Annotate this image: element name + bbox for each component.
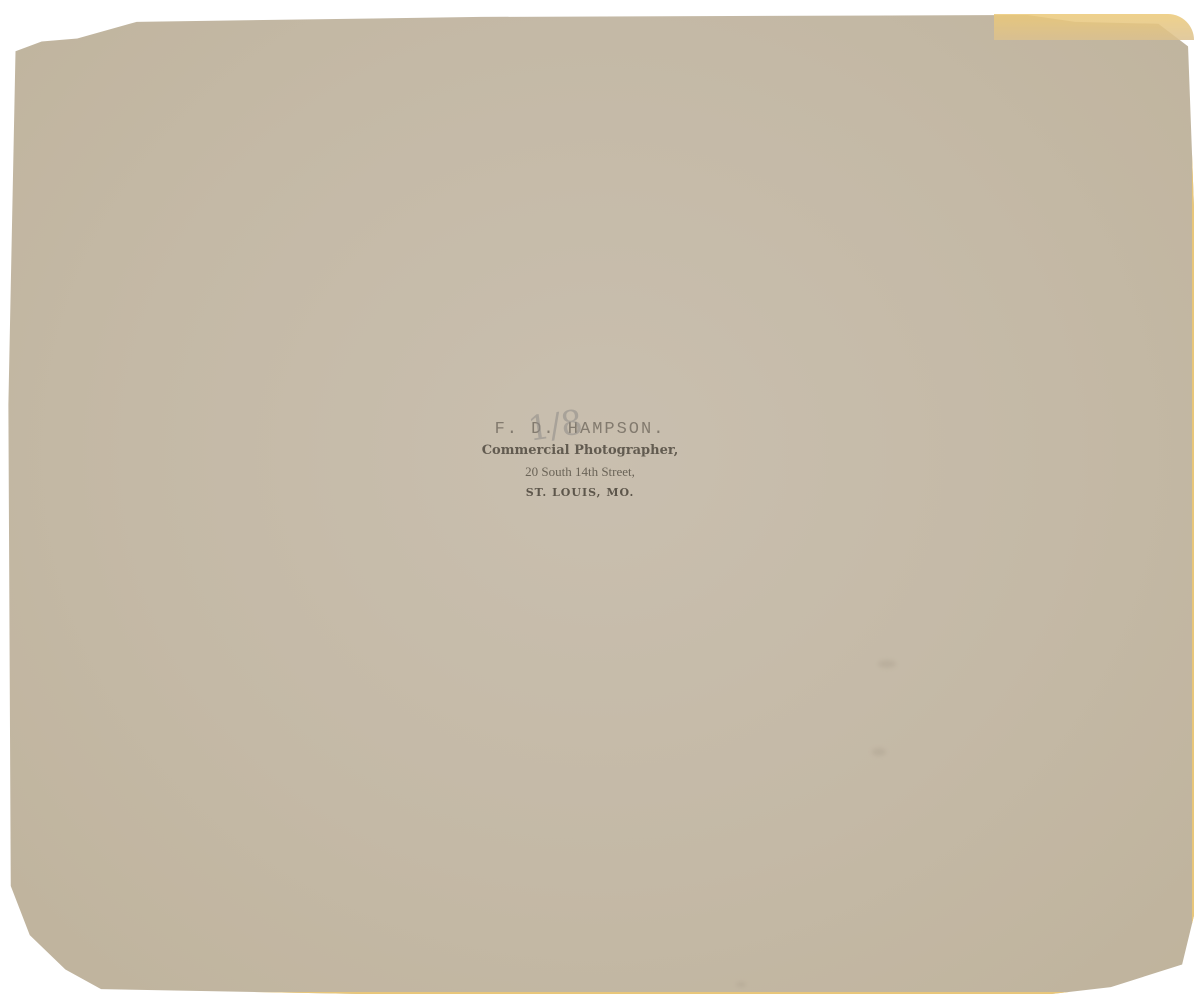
card-mount-back (6, 12, 1194, 994)
smudge-mark (878, 660, 896, 668)
stamp-address: 20 South 14th Street, (460, 464, 700, 480)
smudge-mark (736, 982, 746, 987)
stamp-title: Commercial Photographer, (460, 443, 700, 458)
pencil-annotation: 1/8 (525, 402, 585, 449)
smudge-mark (872, 748, 886, 756)
stamp-city: ST. LOUIS, MO. (460, 486, 700, 499)
worn-edge (994, 14, 1194, 40)
